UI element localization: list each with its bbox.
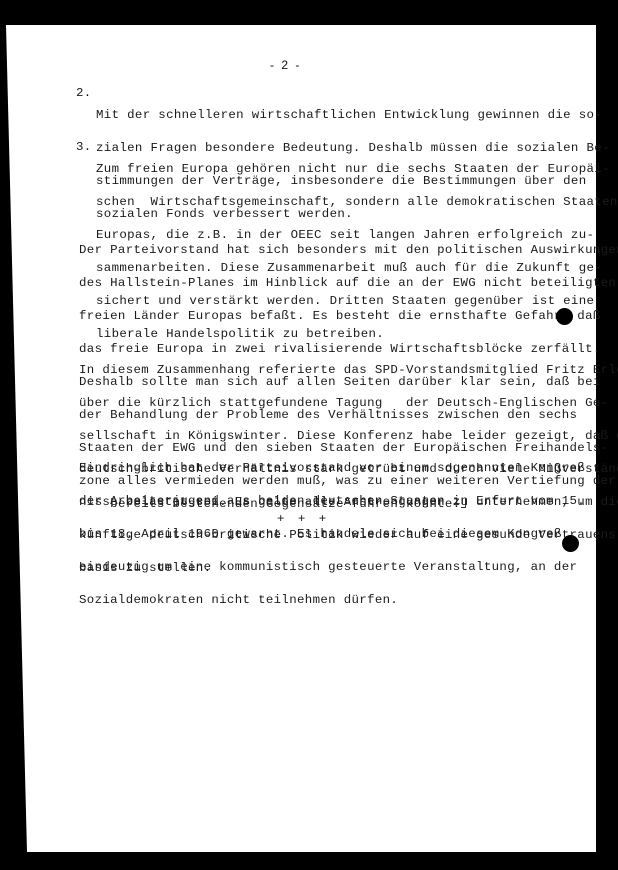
section-separator: + + + [277,514,329,525]
item-number: 3. [76,142,92,153]
paragraph-erfurt-congress: Eindringlich hat der Parteivorstand vor … [79,441,585,628]
punch-hole-icon [556,308,573,325]
text-line: In diesem Zusammenhang referierte das SP… [79,365,618,376]
text-line: freien Länder Europas befaßt. Es besteht… [79,311,618,322]
text-line: eindeutig um eine kommunistisch gesteuer… [79,562,585,573]
typewritten-document: - 2 - 2. Mit der schnelleren wirtschaftl… [0,0,618,870]
item-number: 2. [76,88,92,99]
text-line: der Arbeiterjugend aus beiden deutschen … [79,496,585,507]
text-line: über die kürzlich stattgefundene Tagung … [79,398,618,409]
text-line: Zum freien Europa gehören nicht nur die … [96,164,618,175]
text-line: Eindringlich hat der Parteivorstand vor … [79,463,585,474]
text-line: Mit der schnelleren wirtschaftlichen Ent… [96,110,610,121]
text-line: schen Wirtschaftsgemeinschaft, sondern a… [96,197,618,208]
text-line: Sozialdemokraten nicht teilnehmen dürfen… [79,595,585,606]
text-line: des Hallstein-Planes im Hinblick auf die… [79,278,618,289]
text-line: bis 18. April 1960 gewarnt. Es handele s… [79,529,585,540]
text-line: Der Parteivorstand hat sich besonders mi… [79,245,618,256]
page-number: - 2 - [270,60,301,71]
punch-hole-icon [562,535,579,552]
